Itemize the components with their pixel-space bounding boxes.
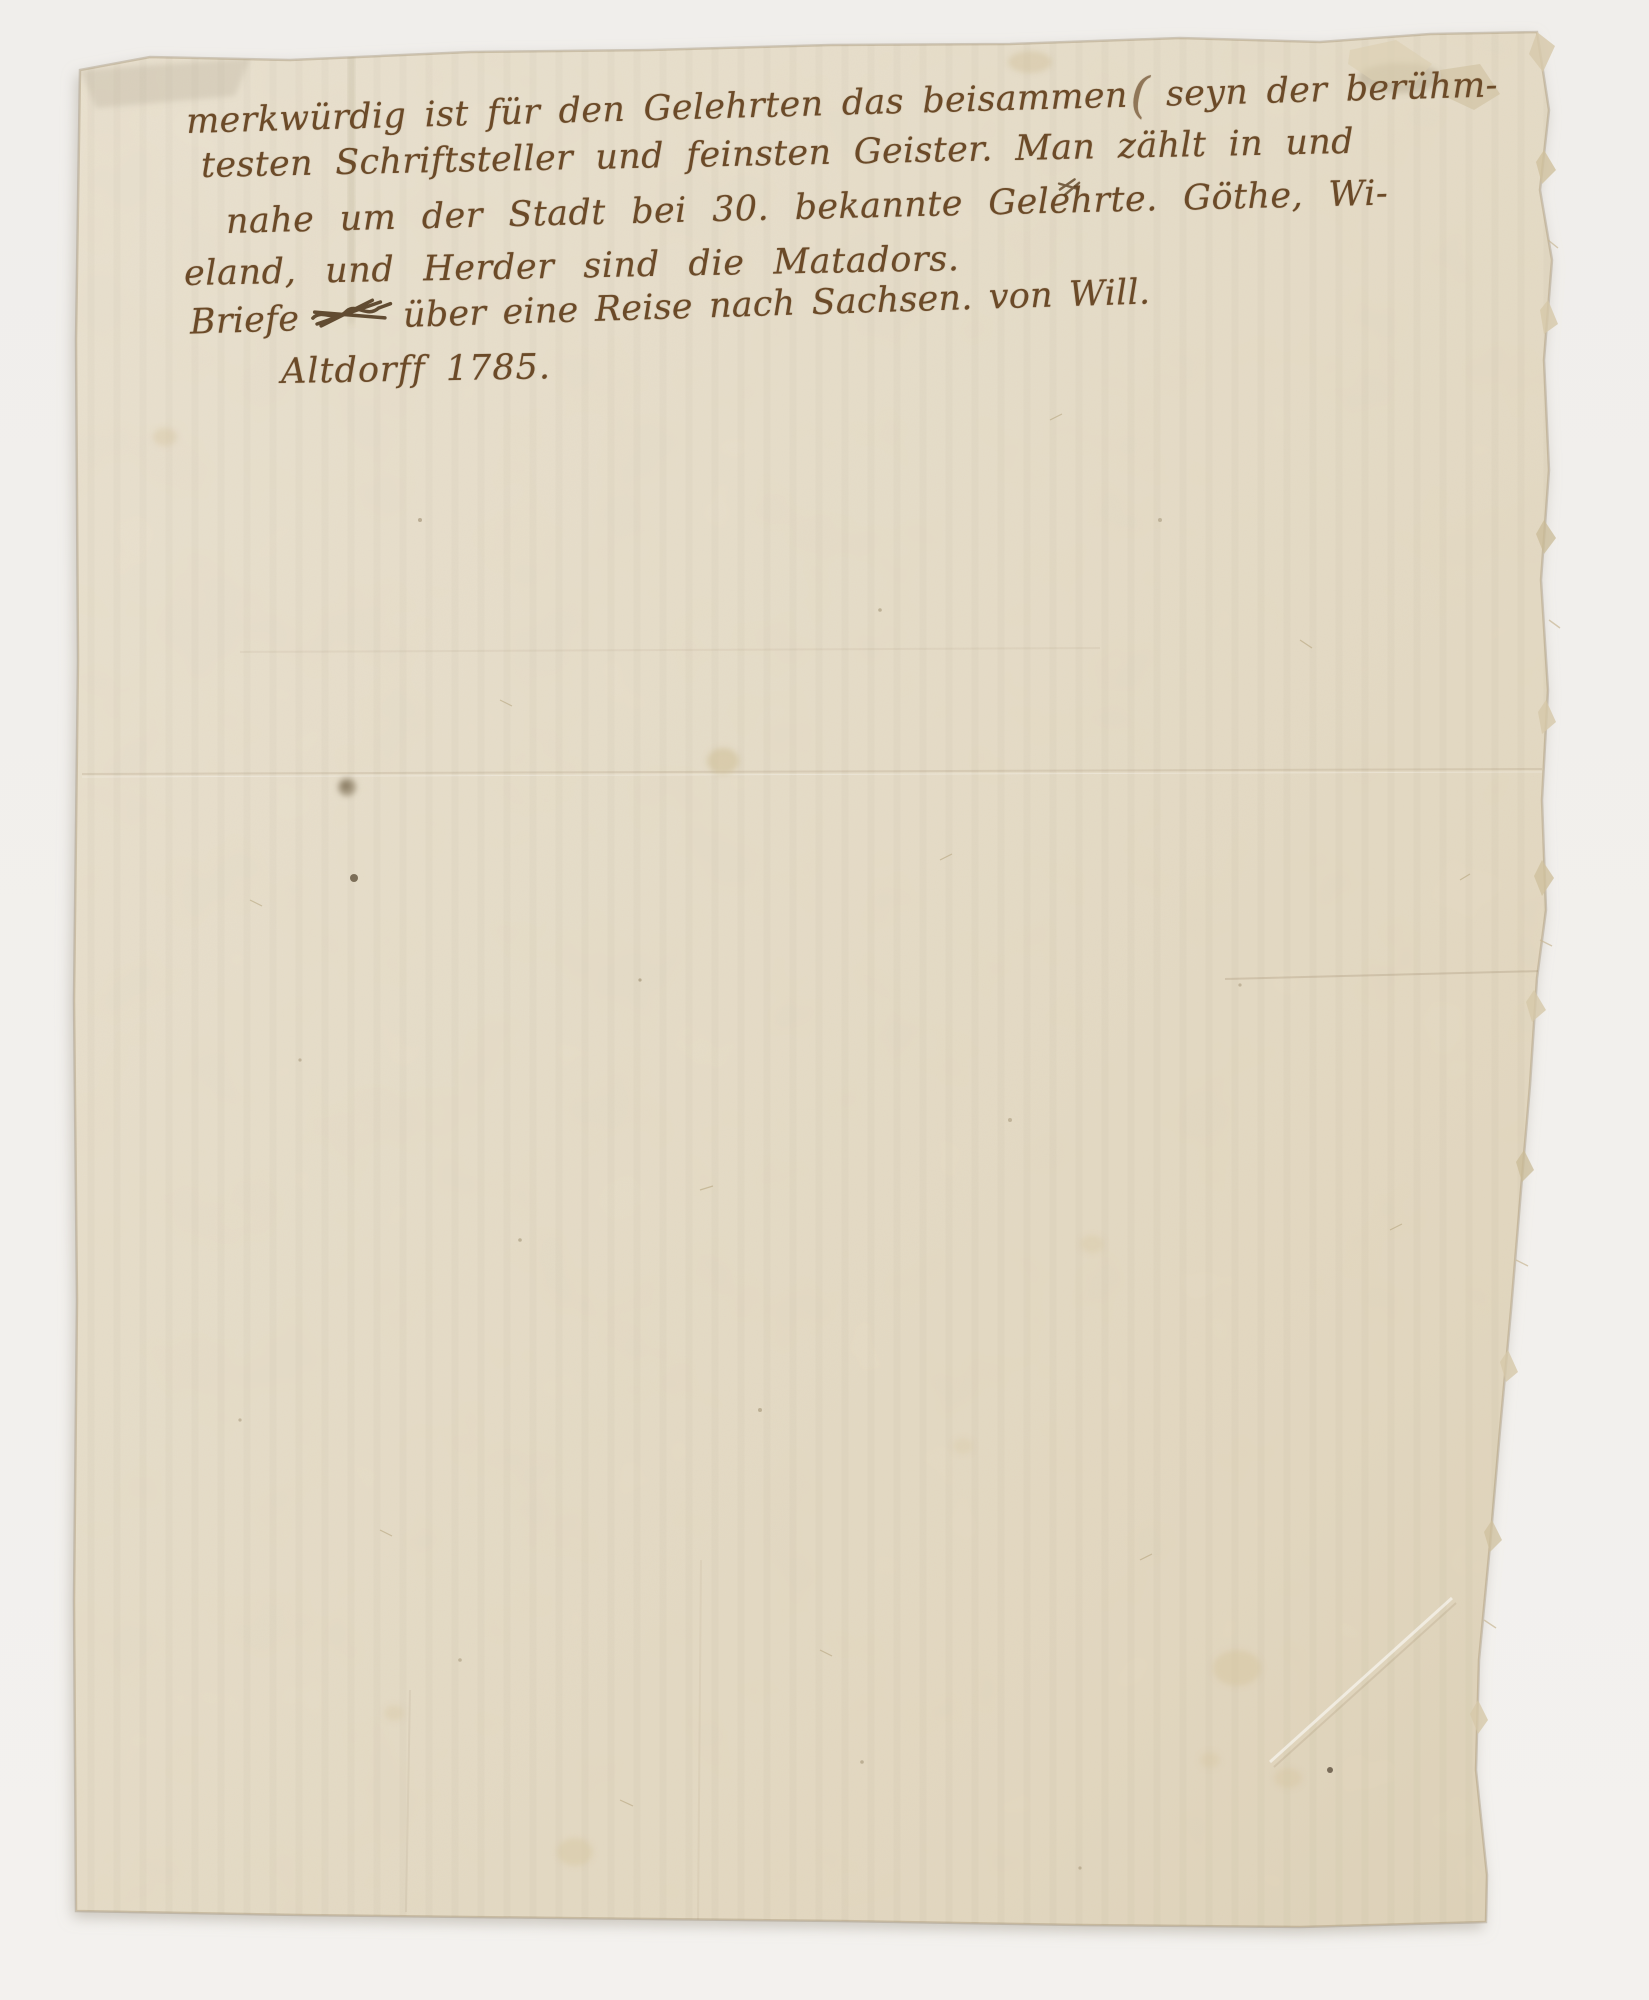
manuscript-paper	[0, 0, 1649, 2000]
paper-sheet	[60, 20, 1600, 1980]
scan-backdrop: merkwürdig ist für den Gelehrten das bei…	[0, 0, 1649, 2000]
